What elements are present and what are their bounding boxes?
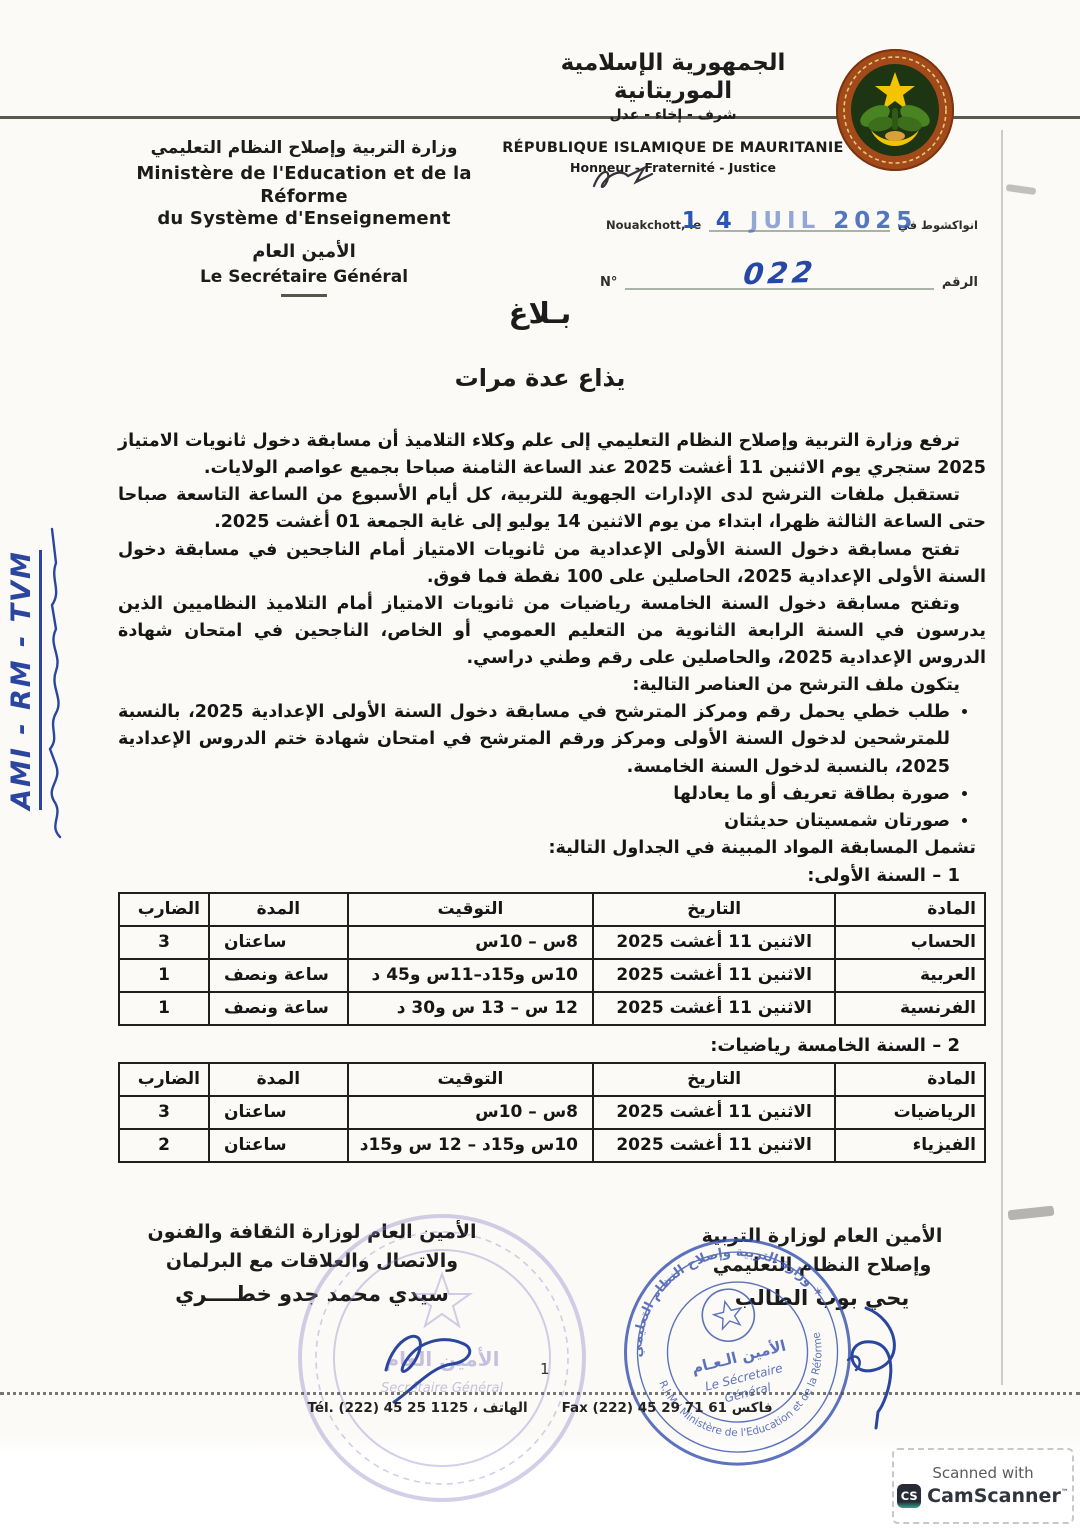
reference-number-line: N° 022 الرقم — [600, 262, 978, 290]
schedule-table-year-1: المادة التاريخ التوقيت المدة الضارب الحس… — [118, 892, 986, 1026]
table-cell: 8س – 10س — [348, 1096, 593, 1129]
number-label-french: N° — [600, 275, 617, 290]
number-rule: 022 — [625, 262, 933, 290]
table-cell: ساعة ونصف — [209, 959, 348, 992]
paragraph: تفتح مسابقة دخول السنة الأولى الإعدادية … — [118, 537, 986, 591]
camscanner-watermark: Scanned with CS CamScanner™ — [892, 1448, 1074, 1524]
file-intro: يتكون ملف الترشح من العناصر التالية: — [118, 672, 986, 699]
signer-title-line2: وإصلاح النظام التعليمي — [642, 1251, 1002, 1280]
table-row: الفيزياءالاثنين 11 أغشت 202510س و15د – 1… — [119, 1129, 985, 1162]
date-stamp-year: 2025 — [833, 208, 917, 234]
margin-note-text: AMI - RM - TVM — [6, 550, 42, 810]
column-header: التاريخ — [593, 893, 835, 926]
table-cell: ساعتان — [209, 1129, 348, 1162]
table-cell: 3 — [119, 1096, 209, 1129]
secretary-general-arabic: الأمين العام — [104, 241, 504, 264]
list-item: صورة بطاقة تعريف أو ما يعادلها — [118, 781, 950, 808]
paragraph: وتفتح مسابقة دخول السنة الخامسة رياضيات … — [118, 591, 986, 672]
table-cell: الفيزياء — [835, 1129, 985, 1162]
table-cell: 10س و15د – 12 س و15د — [348, 1129, 593, 1162]
table-row: الفرنسيةالاثنين 11 أغشت 202512 س – 13 س … — [119, 992, 985, 1025]
table-header-row: المادة التاريخ التوقيت المدة الضارب — [119, 1063, 985, 1096]
signer-title-line2: والاتصال والعلاقات مع البرلمان — [128, 1247, 496, 1276]
column-header: المادة — [835, 893, 985, 926]
scanned-communique-page: الجمهورية الإسلامية الموريتانية شرف - إخ… — [0, 0, 1080, 1528]
table-header-row: المادة التاريخ التوقيت المدة الضارب — [119, 893, 985, 926]
document-title: بـلاغ — [0, 296, 1080, 330]
handwritten-signature-left — [372, 1318, 502, 1412]
column-header: الضارب — [119, 893, 209, 926]
table-cell: الفرنسية — [835, 992, 985, 1025]
camscanner-brand: CamScanner™ — [927, 1485, 1069, 1507]
stamp-inner-french-1: Le Sécretaire — [704, 1361, 785, 1394]
table-cell: 1 — [119, 992, 209, 1025]
stamp-inner-arabic: الأمين الـعـام — [690, 1336, 788, 1377]
table-cell: الاثنين 11 أغشت 2025 — [593, 1096, 835, 1129]
scan-smudge — [1008, 1206, 1055, 1221]
column-header: المدة — [209, 893, 348, 926]
signer-title-line1: الأمين العام لوزارة الثقافة والفنون — [128, 1218, 496, 1247]
handwritten-margin-note: AMI - RM - TVM — [6, 470, 130, 890]
date-stamp: 1 4 JUIL 2025 — [682, 208, 918, 234]
table-cell: الرياضيات — [835, 1096, 985, 1129]
secretary-general-french: Le Secrétaire Général — [104, 267, 504, 288]
footer-divider — [0, 1392, 1080, 1395]
table-cell: ساعتان — [209, 1096, 348, 1129]
schedule-table-year-5-math: المادة التاريخ التوقيت المدة الضارب الري… — [118, 1062, 986, 1163]
table-2-heading: 2 – السنة الخامسة رياضيات: — [118, 1032, 986, 1060]
ministry-heading: وزارة التربية وإصلاح النظام التعليمي Min… — [104, 138, 504, 297]
list-item: طلب خطي يحمل رقم ومركز المترشح في مسابقة… — [118, 699, 950, 780]
table-cell: 1 — [119, 959, 209, 992]
trademark-symbol: ™ — [1061, 1488, 1069, 1497]
republic-name-arabic: الجمهورية الإسلامية الموريتانية — [498, 50, 848, 105]
scan-crease-line — [1001, 130, 1003, 1385]
column-header: المدة — [209, 1063, 348, 1096]
handwritten-number: 022 — [741, 255, 817, 292]
table-cell: 10س و15د–11س و45 د — [348, 959, 593, 992]
paragraph: تستقبل ملفات الترشح لدى الإدارات الجهوية… — [118, 482, 986, 536]
table-cell: العربية — [835, 959, 985, 992]
number-label-arabic: الرقم — [942, 275, 978, 290]
national-emblem-icon — [833, 46, 957, 174]
document-subtitle: يذاع عدة مرات — [0, 364, 1080, 392]
scan-smudge — [1006, 184, 1037, 195]
column-header: التاريخ — [593, 1063, 835, 1096]
table-row: العربيةالاثنين 11 أغشت 202510س و15د–11س … — [119, 959, 985, 992]
ministry-name-french-line2: du Système d'Enseignement — [104, 208, 504, 231]
table-row: الرياضياتالاثنين 11 أغشت 20258س – 10سساع… — [119, 1096, 985, 1129]
camscanner-icon: CS — [897, 1484, 921, 1508]
table-cell: ساعتان — [209, 926, 348, 959]
list-item: صورتان شمسيتان حديثتان — [118, 808, 950, 835]
ministry-name-arabic: وزارة التربية وإصلاح النظام التعليمي — [104, 138, 504, 159]
date-stamp-day: 1 4 — [682, 208, 737, 234]
table-cell: الاثنين 11 أغشت 2025 — [593, 926, 835, 959]
requirements-list: طلب خطي يحمل رقم ومركز المترشح في مسابقة… — [118, 699, 986, 835]
date-line: Nouakchott, le 1 4 JUIL 2025 انواكشوط في — [606, 208, 978, 232]
column-header: التوقيت — [348, 893, 593, 926]
margin-note-scribble — [44, 515, 70, 845]
table-cell: 8س – 10س — [348, 926, 593, 959]
table-cell: الاثنين 11 أغشت 2025 — [593, 992, 835, 1025]
table-cell: الحساب — [835, 926, 985, 959]
telephone-number: Tél. (222) 45 25 1125 ، الهاتف — [307, 1400, 527, 1416]
table-1-heading: 1 – السنة الأولى: — [118, 862, 986, 890]
tables-intro: تشمل المسابقة المواد المبينة في الجداول … — [118, 835, 986, 862]
signer-title-line1: الأمين العام لوزارة التربية — [642, 1222, 1002, 1251]
table-row: الحسابالاثنين 11 أغشت 20258س – 10سساعتان… — [119, 926, 985, 959]
motto-arabic: شرف - إخاء - عدل — [498, 107, 848, 124]
table-cell: ساعة ونصف — [209, 992, 348, 1025]
column-header: المادة — [835, 1063, 985, 1096]
paragraph: ترفع وزارة التربية وإصلاح النظام التعليم… — [118, 428, 986, 482]
table-cell: 2 — [119, 1129, 209, 1162]
table-cell: 12 س – 13 س و30 د — [348, 992, 593, 1025]
table-cell: الاثنين 11 أغشت 2025 — [593, 1129, 835, 1162]
document-body: ترفع وزارة التربية وإصلاح النظام التعليم… — [118, 428, 986, 1169]
footer-contact: Tél. (222) 45 25 1125 ، الهاتف Fax (222)… — [0, 1400, 1080, 1416]
table-cell: الاثنين 11 أغشت 2025 — [593, 959, 835, 992]
fax-number: Fax (222) 45 29 71 61 فاكس — [562, 1400, 773, 1416]
date-stamp-month: JUIL — [750, 208, 820, 234]
signer-name: سيدي محمد جدو خطــــري — [128, 1279, 496, 1311]
date-rule: 1 4 JUIL 2025 — [709, 208, 890, 232]
page-number: 1 — [540, 1360, 550, 1378]
republic-name-french: RÉPUBLIQUE ISLAMIQUE DE MAURITANIE — [498, 140, 848, 157]
republic-heading: الجمهورية الإسلامية الموريتانية شرف - إخ… — [498, 50, 848, 175]
signature-block-left: الأمين العام لوزارة الثقافة والفنون والا… — [128, 1218, 496, 1311]
column-header: التوقيت — [348, 1063, 593, 1096]
camscanner-caption: Scanned with — [932, 1464, 1033, 1482]
table-cell: 3 — [119, 926, 209, 959]
column-header: الضارب — [119, 1063, 209, 1096]
motto-french: Honneur - Fraternité - Justice — [498, 160, 848, 175]
pen-squiggle-mark — [588, 160, 658, 202]
ministry-name-french-line1: Ministère de l'Education et de la Réform… — [104, 163, 504, 208]
